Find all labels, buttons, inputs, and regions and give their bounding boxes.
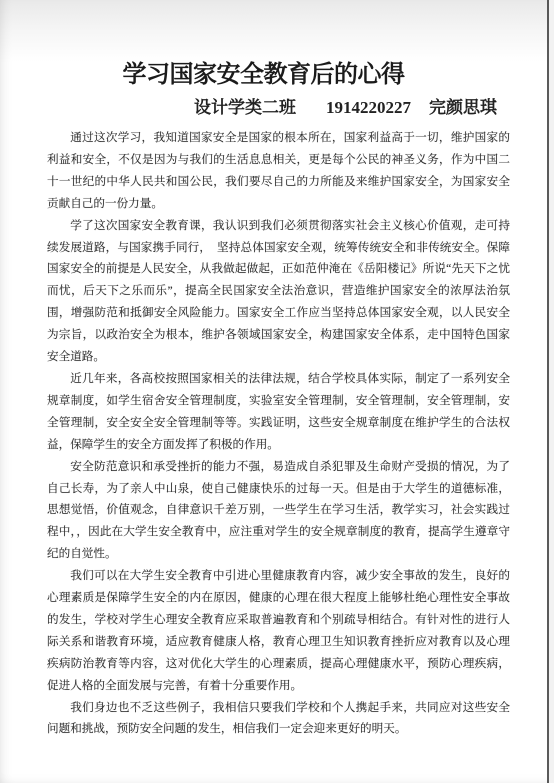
document-title: 学习国家安全教育后的心得 — [47, 58, 480, 90]
document-page: 学习国家安全教育后的心得 设计学类二班 1914220227 完颜思琪 通过这次… — [0, 0, 554, 783]
page-right-edge-line — [547, 0, 549, 783]
byline-author-name: 完颜思琪 — [429, 96, 497, 120]
byline-student-id: 1914220227 — [326, 96, 411, 120]
page-right-edge-highlight — [549, 0, 554, 783]
paragraph-4: 安全防范意识和承受挫折的能力不强，易造成自杀犯罪及生命财产受损的情况，为了自己长… — [47, 456, 510, 566]
byline: 设计学类二班 1914220227 完颜思琪 — [47, 96, 497, 120]
paragraph-6: 我们身边也不乏这些例子，我相信只要我们学校和个人携起手来，共同应对这些安全问题和… — [47, 697, 510, 741]
document-body: 通过这次学习，我知道国家安全是国家的根本所在，国家利益高于一切，维护国家的利益和… — [47, 127, 510, 740]
byline-class-name: 设计学类二班 — [194, 96, 296, 120]
document-content: 学习国家安全教育后的心得 设计学类二班 1914220227 完颜思琪 通过这次… — [0, 0, 554, 740]
paragraph-3: 近几年来，各高校按照国家相关的法律法规，结合学校具体实际，制定了一系列安全规章制… — [47, 368, 510, 456]
paragraph-5: 我们可以在大学生安全教育中引进心里健康教育内容，减少安全事故的发生，良好的心理素… — [47, 565, 510, 696]
paragraph-2: 学了这次国家安全教育课，我认识到我们必须贯彻落实社会主义核心价值观，走可持续发展… — [47, 215, 510, 368]
paragraph-1: 通过这次学习，我知道国家安全是国家的根本所在，国家利益高于一切，维护国家的利益和… — [47, 127, 510, 215]
